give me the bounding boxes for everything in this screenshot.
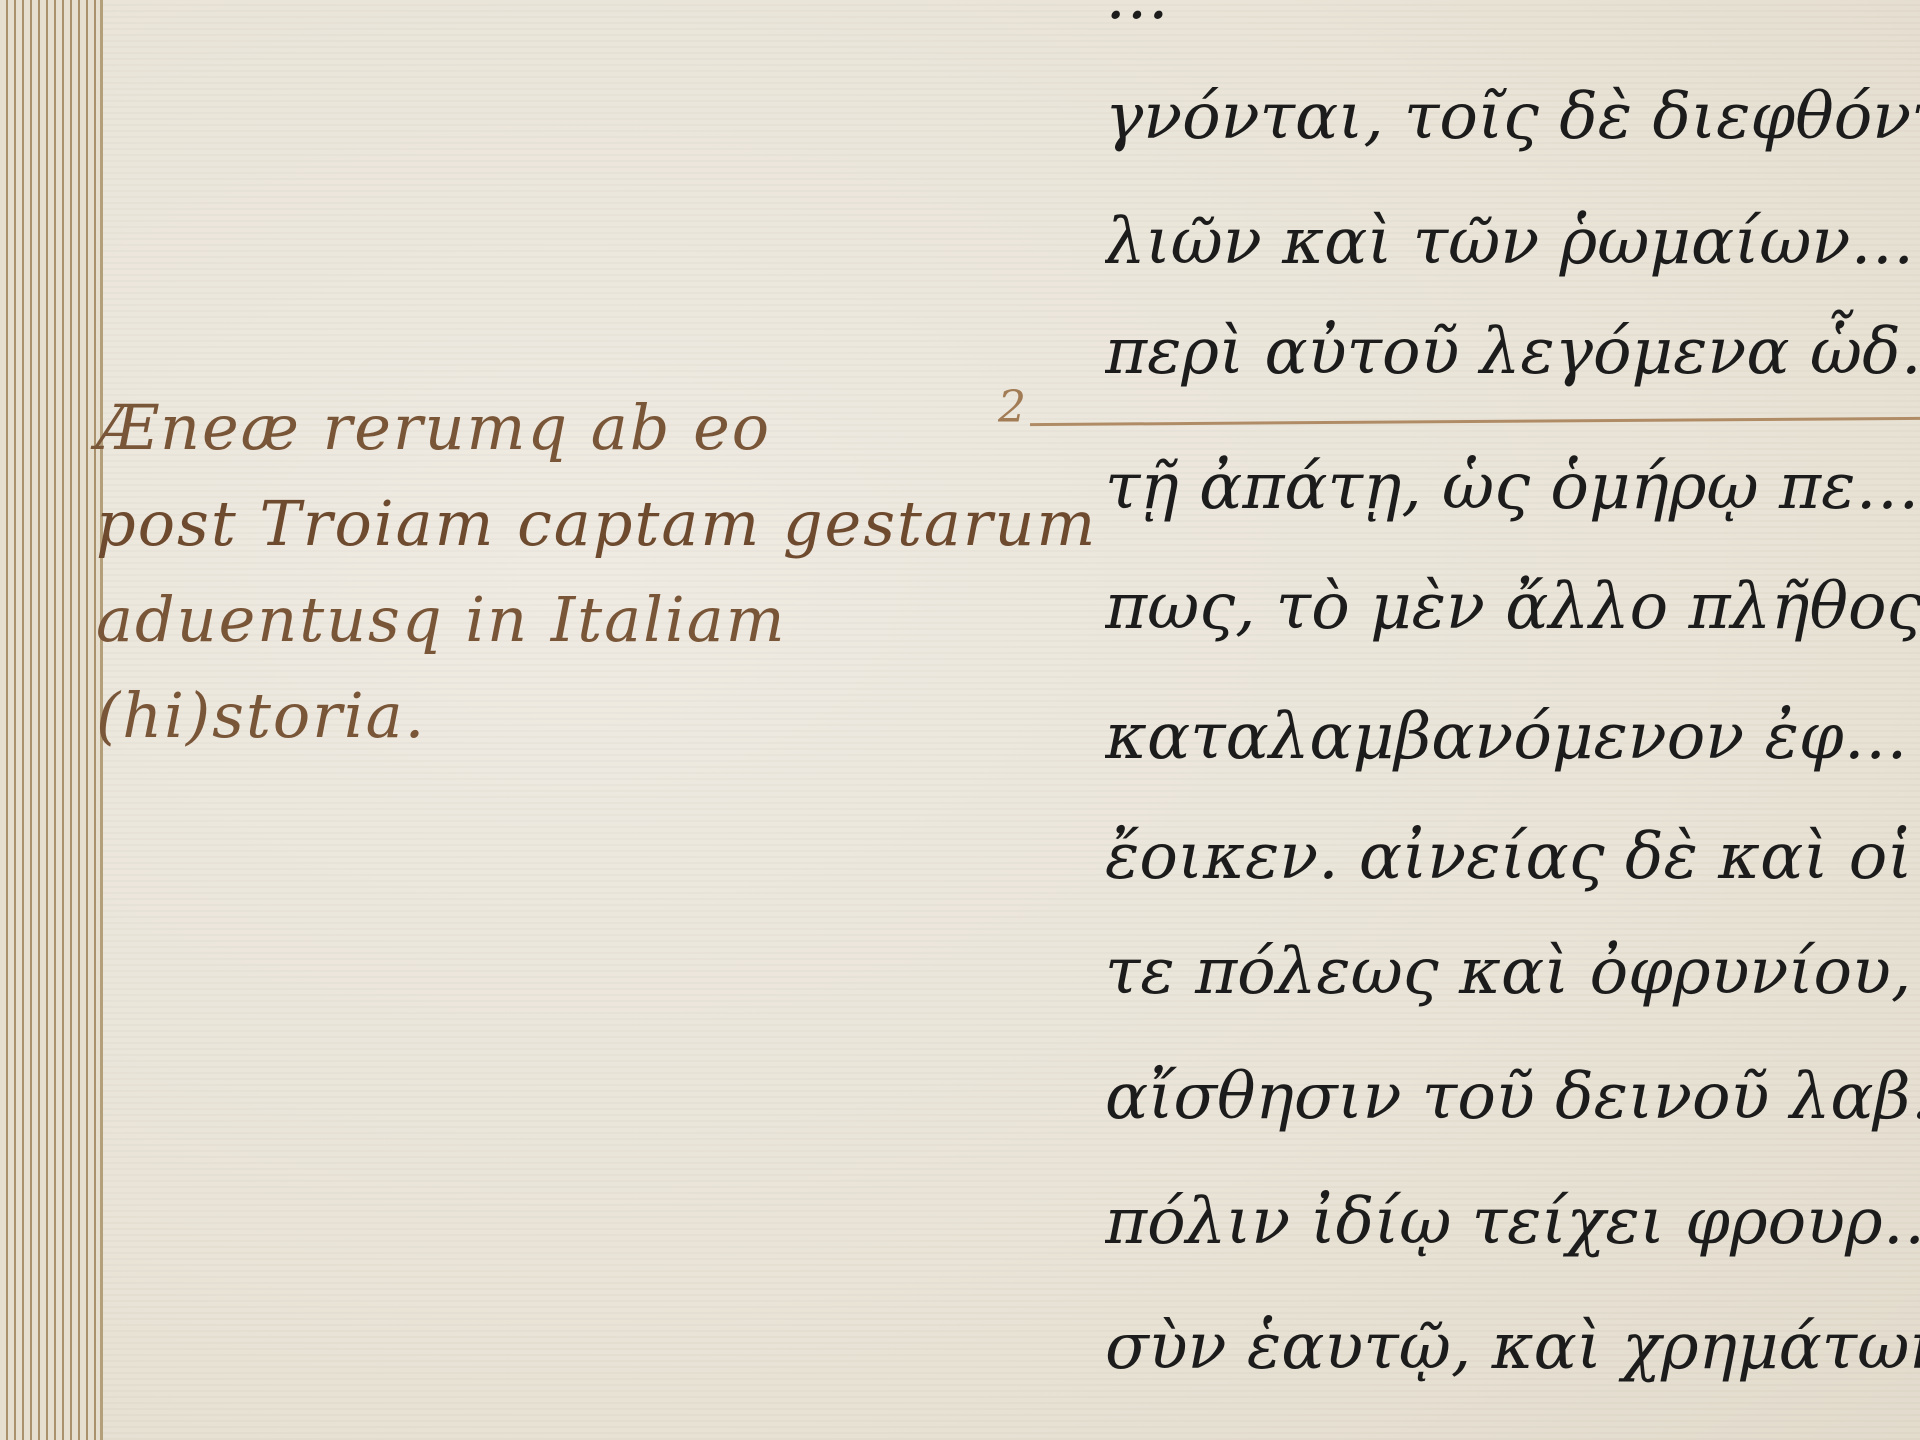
marginal-line: (hi)storia. <box>96 668 1056 764</box>
greek-line: πως, τὸ μὲν ἄλλο πλῆθος… <box>1105 570 1920 644</box>
greek-line: τε πόλεως καὶ ὀφρυνίου, … <box>1105 935 1920 1009</box>
marginal-line: Æneæ rerumq ab eo <box>96 380 1056 476</box>
greek-line: γνόνται, τοῖς δὲ διεφθόντι… <box>1105 80 1920 154</box>
manuscript-photo: Æneæ rerumq ab eo post Troiam captam ges… <box>0 0 1920 1440</box>
binding-edge <box>0 0 103 1440</box>
greek-line: καταλαμβανόμενον ἐφ… <box>1105 700 1908 774</box>
greek-line: περὶ αὐτοῦ λεγόμενα ὧδ… <box>1105 315 1920 389</box>
greek-line: … <box>1105 0 1169 34</box>
marginal-line: post Troiam captam gestarum <box>96 476 1056 572</box>
marginal-annotation: Æneæ rerumq ab eo post Troiam captam ges… <box>96 380 1056 764</box>
reference-number: 2 <box>998 382 1026 433</box>
greek-line: πόλιν ἰδίῳ τείχει φρουρ… <box>1105 1185 1920 1259</box>
greek-line: λιῶν καὶ τῶν ῥωμαίων… <box>1105 205 1914 279</box>
greek-main-text: … γνόνται, τοῖς δὲ διεφθόντι… λιῶν καὶ τ… <box>1105 0 1920 1440</box>
greek-line: ἔοικεν. αἰνείας δὲ καὶ οἱ σ… <box>1105 820 1920 894</box>
greek-line: τῇ ἀπάτῃ, ὡς ὁμήρῳ πε… <box>1105 450 1919 524</box>
greek-line: σὺν ἑαυτῷ, καὶ χρημάτων ὁ πολ… <box>1105 1310 1920 1384</box>
greek-line: αἴσθησιν τοῦ δεινοῦ λαβ… <box>1105 1060 1920 1134</box>
marginal-line: aduentusq in Italiam <box>96 572 1056 668</box>
